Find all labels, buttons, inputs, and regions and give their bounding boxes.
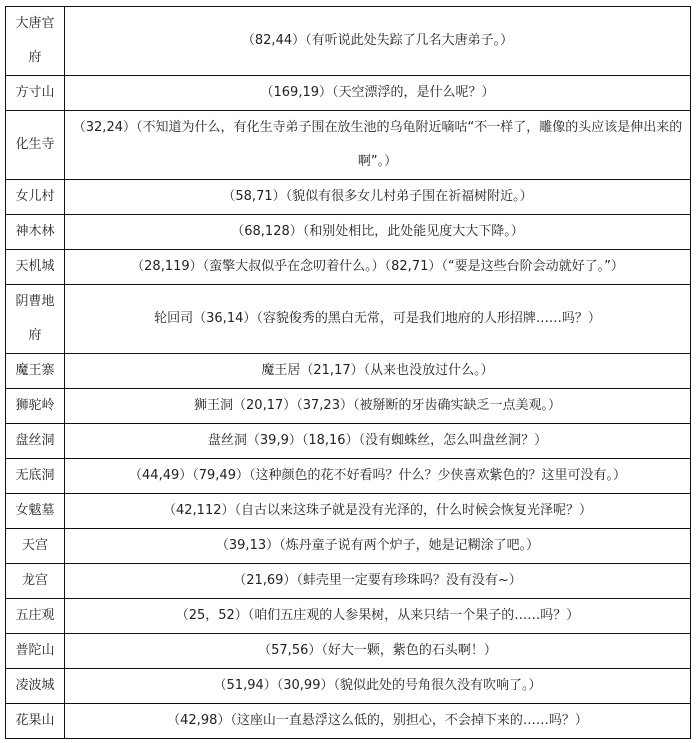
- location-clue: （21,69）（蚌壳里一定要有珍珠吗？没有没有~）: [65, 564, 691, 599]
- table-row: 无底洞 （44,49）（79,49）（这种颜色的花不好看吗？什么？少侠喜欢紫色的…: [6, 459, 691, 494]
- location-clue: 魔王居（21,17）（从来也没放过什么。）: [65, 354, 691, 389]
- location-name: 魔王寨: [6, 354, 65, 389]
- table-row: 龙宫 （21,69）（蚌壳里一定要有珍珠吗？没有没有~）: [6, 564, 691, 599]
- table-row: 狮驼岭 狮王洞（20,17）（37,23）（被掰断的牙齿确实缺乏一点美观。）: [6, 389, 691, 424]
- location-name: 天宫: [6, 529, 65, 564]
- location-name: 方寸山: [6, 76, 65, 111]
- location-clue: （39,13）（炼丹童子说有两个炉子，她是记糊涂了吧。）: [65, 529, 691, 564]
- table-row: 化生寺 （32,24）（不知道为什么，有化生寺弟子围在放生池的乌龟附近嘀咕“不一…: [6, 111, 691, 180]
- location-name: 无底洞: [6, 459, 65, 494]
- location-name: 女儿村: [6, 180, 65, 215]
- location-name: 普陀山: [6, 634, 65, 669]
- location-clue: （28,119）（蛮擎大叔似乎在念叨着什么。）（82,71）（“要是这些台阶会动…: [65, 250, 691, 285]
- location-clue-table: 大唐官府 （82,44）（有听说此处失踪了几名大唐弟子。） 方寸山 （169,1…: [5, 6, 691, 739]
- location-clue: 狮王洞（20,17）（37,23）（被掰断的牙齿确实缺乏一点美观。）: [65, 389, 691, 424]
- location-name: 狮驼岭: [6, 389, 65, 424]
- location-clue: （32,24）（不知道为什么，有化生寺弟子围在放生池的乌龟附近嘀咕“不一样了，雕…: [65, 111, 691, 180]
- location-name: 阴曹地府: [6, 285, 65, 354]
- table-row: 阴曹地府 轮回司（36,14）（容貌俊秀的黑白无常，可是我们地府的人形招牌……吗…: [6, 285, 691, 354]
- table-row: 天宫 （39,13）（炼丹童子说有两个炉子，她是记糊涂了吧。）: [6, 529, 691, 564]
- location-clue: （58,71）（貌似有很多女儿村弟子围在祈福树附近。）: [65, 180, 691, 215]
- location-name: 大唐官府: [6, 7, 65, 76]
- table-row: 普陀山 （57,56）（好大一颗，紫色的石头啊！）: [6, 634, 691, 669]
- location-clue: （169,19）（天空漂浮的，是什么呢？）: [65, 76, 691, 111]
- location-name: 天机城: [6, 250, 65, 285]
- table-row: 女魃墓 （42,112）（自古以来这珠子就是没有光泽的，什么时候会恢复光泽呢？）: [6, 494, 691, 529]
- location-name: 龙宫: [6, 564, 65, 599]
- table-row: 魔王寨 魔王居（21,17）（从来也没放过什么。）: [6, 354, 691, 389]
- location-clue: （68,128）（和别处相比，此处能见度大大下降。）: [65, 215, 691, 250]
- location-name: 五庄观: [6, 599, 65, 634]
- table-row: 女儿村 （58,71）（貌似有很多女儿村弟子围在祈福树附近。）: [6, 180, 691, 215]
- table-row: 凌波城 （51,94）（30,99）（貌似此处的号角很久没有吹响了。）: [6, 669, 691, 704]
- location-clue: （25，52）（咱们五庄观的人参果树，从来只结一个果子的……吗？）: [65, 599, 691, 634]
- location-name: 神木林: [6, 215, 65, 250]
- table-row: 五庄观 （25，52）（咱们五庄观的人参果树，从来只结一个果子的……吗？）: [6, 599, 691, 634]
- location-clue: （44,49）（79,49）（这种颜色的花不好看吗？什么？少侠喜欢紫色的？这里可…: [65, 459, 691, 494]
- table-row: 方寸山 （169,19）（天空漂浮的，是什么呢？）: [6, 76, 691, 111]
- table-row: 大唐官府 （82,44）（有听说此处失踪了几名大唐弟子。）: [6, 7, 691, 76]
- table-row: 花果山 （42,98）（这座山一直悬浮这么低的，别担心，不会掉下来的……吗？）: [6, 704, 691, 739]
- location-name: 凌波城: [6, 669, 65, 704]
- location-name: 花果山: [6, 704, 65, 739]
- location-clue: （82,44）（有听说此处失踪了几名大唐弟子。）: [65, 7, 691, 76]
- table-row: 盘丝洞 盘丝洞（39,9）（18,16）（没有蜘蛛丝，怎么叫盘丝洞？）: [6, 424, 691, 459]
- location-name: 盘丝洞: [6, 424, 65, 459]
- table-row: 神木林 （68,128）（和别处相比，此处能见度大大下降。）: [6, 215, 691, 250]
- location-clue: （42,112）（自古以来这珠子就是没有光泽的，什么时候会恢复光泽呢？）: [65, 494, 691, 529]
- location-clue: 轮回司（36,14）（容貌俊秀的黑白无常，可是我们地府的人形招牌……吗？）: [65, 285, 691, 354]
- location-name: 化生寺: [6, 111, 65, 180]
- location-clue: （51,94）（30,99）（貌似此处的号角很久没有吹响了。）: [65, 669, 691, 704]
- location-clue: （42,98）（这座山一直悬浮这么低的，别担心，不会掉下来的……吗？）: [65, 704, 691, 739]
- location-clue: 盘丝洞（39,9）（18,16）（没有蜘蛛丝，怎么叫盘丝洞？）: [65, 424, 691, 459]
- table-row: 天机城 （28,119）（蛮擎大叔似乎在念叨着什么。）（82,71）（“要是这些…: [6, 250, 691, 285]
- location-name: 女魃墓: [6, 494, 65, 529]
- location-clue: （57,56）（好大一颗，紫色的石头啊！）: [65, 634, 691, 669]
